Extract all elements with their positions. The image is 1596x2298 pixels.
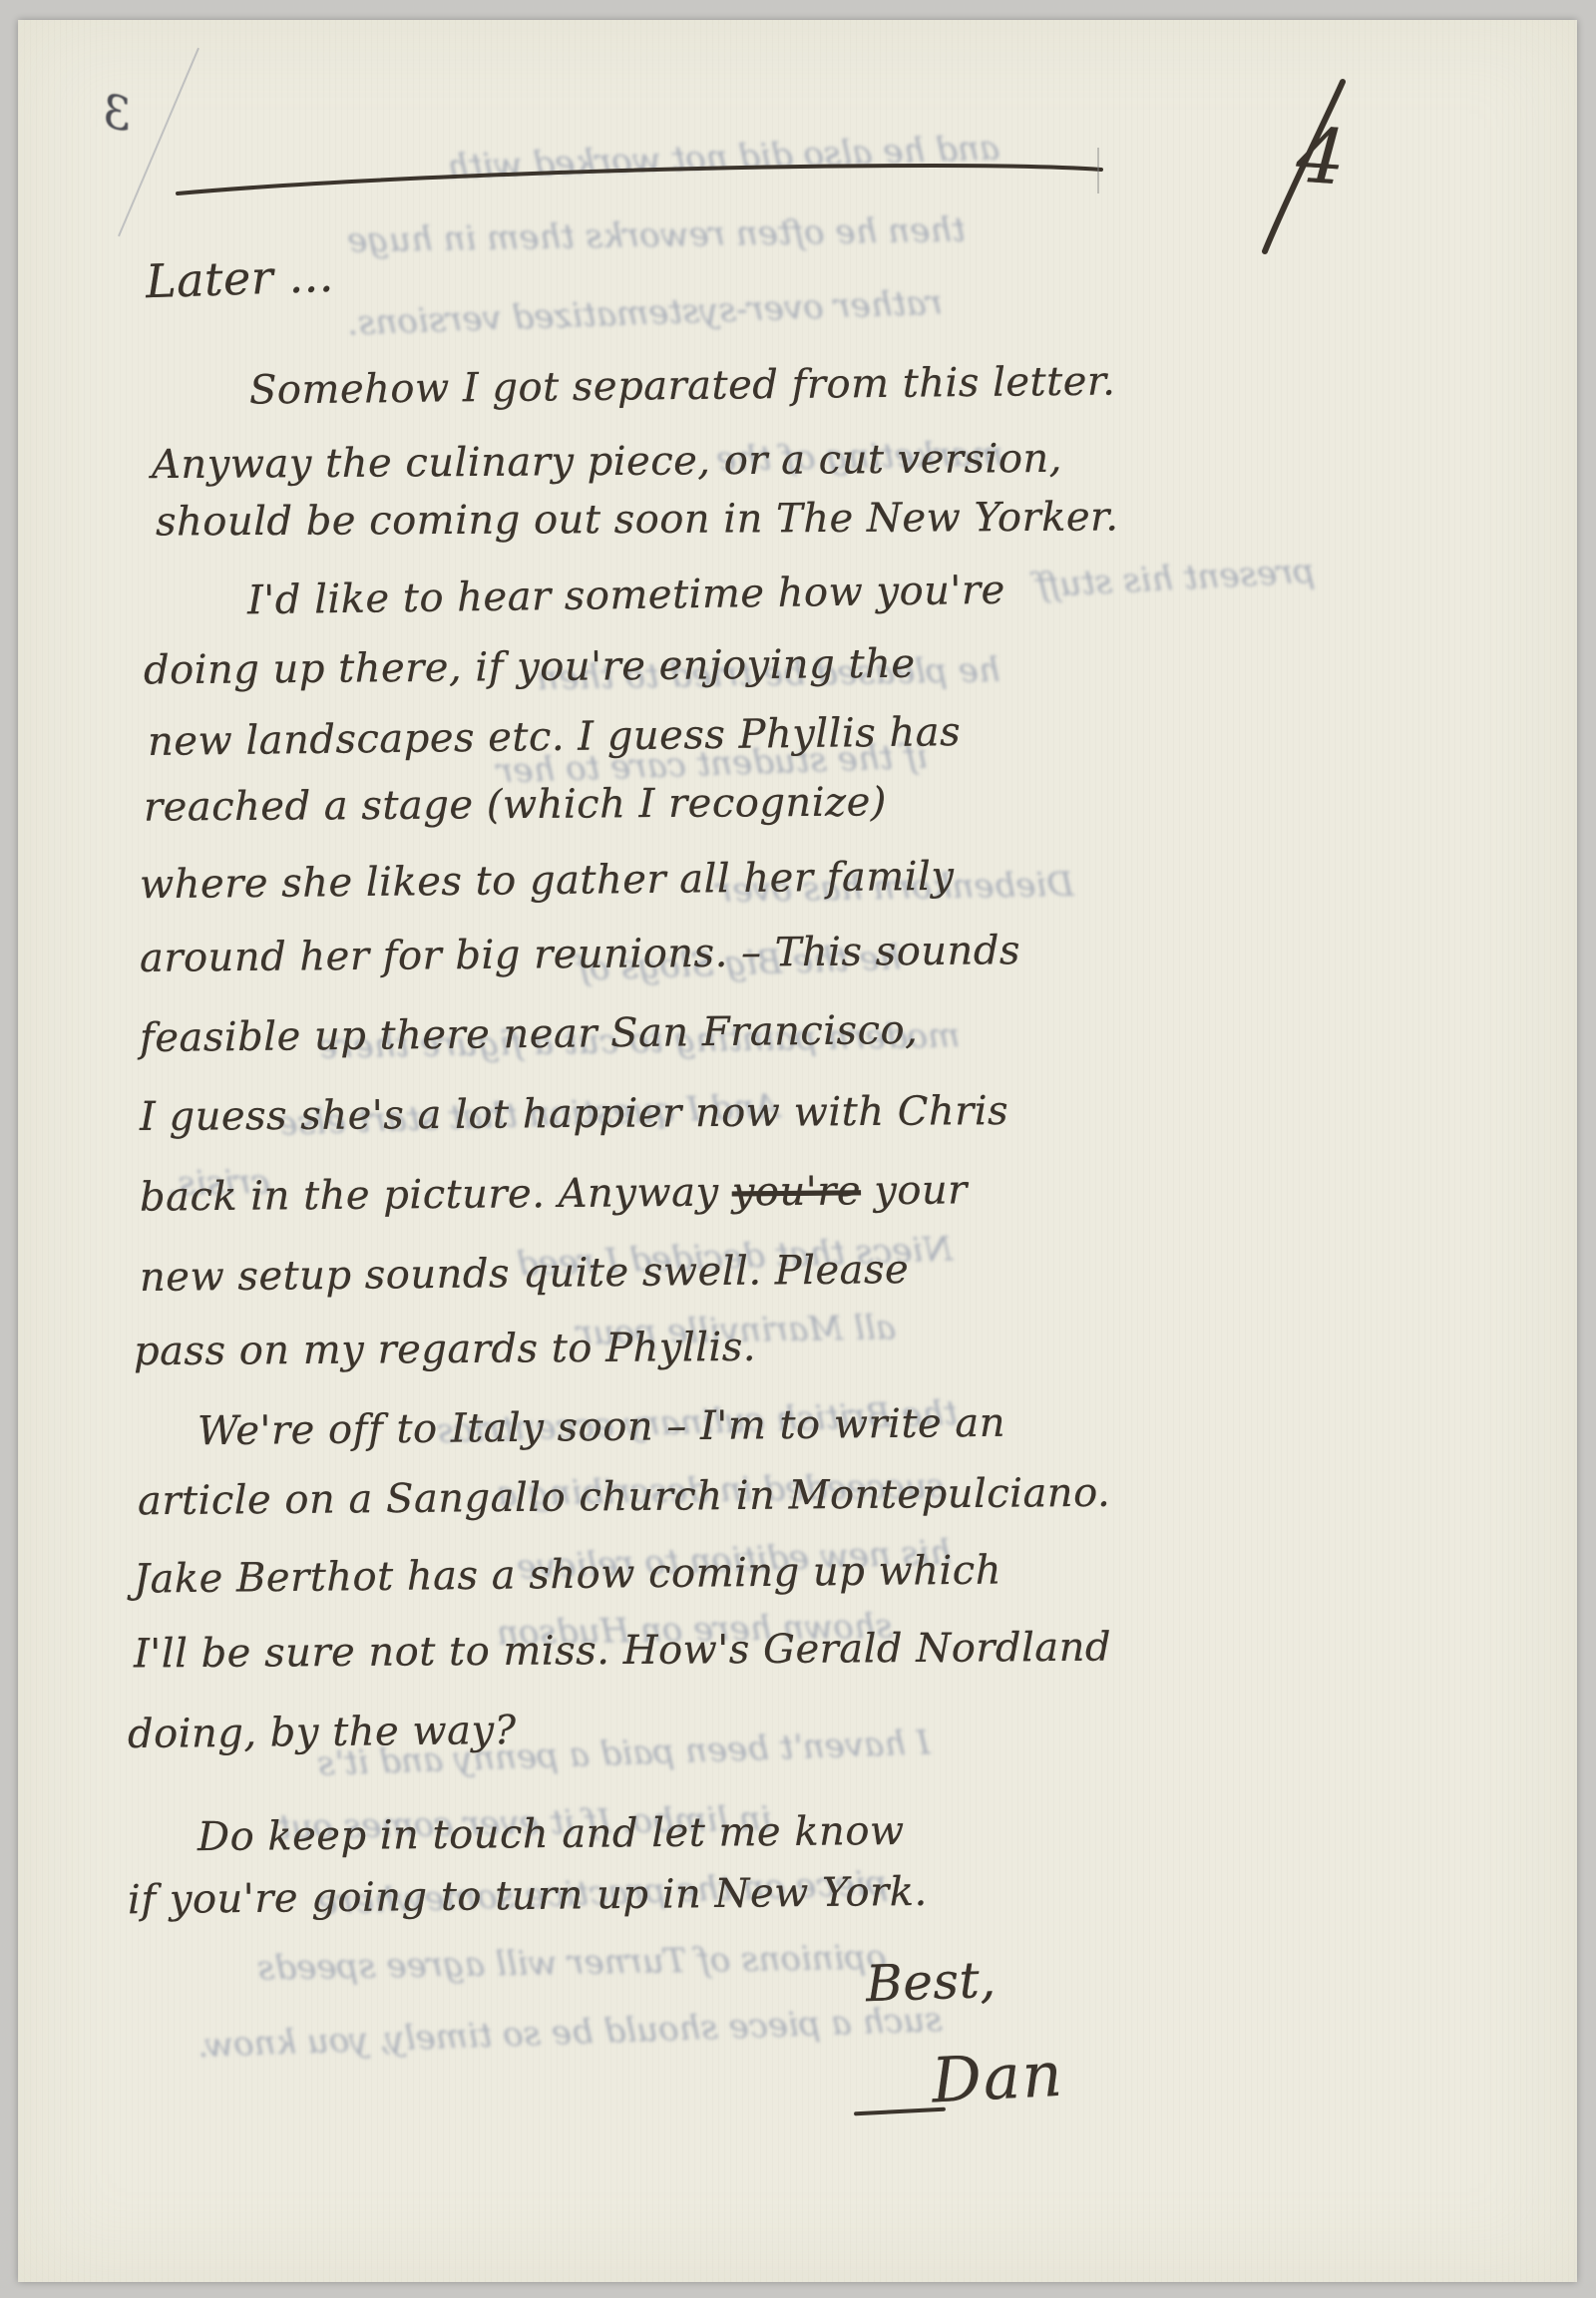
handwriting-line: article on a Sangallo church in Montepul… — [138, 1470, 1111, 1525]
handwriting-line: around her for big reunions. – This soun… — [140, 928, 1020, 981]
closing: Best, — [865, 1951, 997, 2014]
corner-page-mark: 3 — [97, 83, 137, 142]
bleedthrough-line: rather over-systematized versions. — [346, 283, 943, 344]
bleedthrough-line: present his stuff — [1034, 552, 1316, 606]
handwriting-line: Somehow I got separated from this letter… — [249, 358, 1116, 413]
handwriting-line: Anyway the culinary piece, or a cut vers… — [152, 436, 1062, 488]
signature-lead-stroke — [854, 2107, 946, 2116]
letter-page: and he also did not worked with then he … — [18, 20, 1577, 2282]
handwriting-line: where she likes to gather all her family — [140, 854, 955, 909]
edit-before-text: back in the picture. Anyway — [140, 1169, 732, 1220]
handwriting-line: doing up there, if you're enjoying the — [144, 641, 916, 694]
handwriting-line: feasible up there near San Francisco, — [140, 1007, 919, 1061]
crossed-out-line — [176, 148, 1103, 197]
handwriting-line: doing, by the way? — [128, 1708, 517, 1757]
signature: Dan — [930, 2038, 1065, 2117]
page-number: 4 — [1294, 110, 1349, 201]
handwriting-line: should be coming out soon in The New Yor… — [156, 494, 1119, 545]
handwriting-line-with-edit: back in the picture. Anyway you're your — [140, 1167, 968, 1220]
handwriting-line: I guess she's a lot happier now with Chr… — [140, 1088, 1008, 1140]
handwriting-line: new setup sounds quite swell. Please — [140, 1247, 910, 1301]
handwriting-line: I'd like to hear sometime how you're — [247, 568, 1005, 624]
crease-line — [118, 48, 199, 236]
bleedthrough-line: then he often reworks them in huge — [347, 210, 966, 261]
handwriting-line: pass on my regards to Phyllis. — [134, 1325, 756, 1374]
handwriting-line: We're off to Italy soon – I'm to write a… — [198, 1400, 1005, 1454]
crossed-out-line-stroke — [178, 166, 1101, 193]
edit-after-text: your — [861, 1167, 968, 1214]
handwriting-line: Later ... — [145, 248, 334, 309]
scratch-tick — [1097, 148, 1099, 193]
struck-out-word: you're — [732, 1168, 862, 1215]
bleedthrough-line: such a piece should be so timely, you kn… — [198, 2000, 944, 2066]
bleedthrough-line: opinions of Turner will agree speeds — [257, 1937, 887, 1988]
handwriting-line: reached a stage (which I recognize) — [144, 779, 887, 830]
handwriting-line: if you're going to turn up in New York. — [128, 1869, 928, 1923]
handwriting-line: Jake Berthot has a show coming up which — [134, 1547, 1001, 1602]
handwriting-line: I'll be sure not to miss. How's Gerald N… — [134, 1625, 1111, 1678]
handwriting-line: Do keep in touch and let me know — [198, 1808, 905, 1860]
